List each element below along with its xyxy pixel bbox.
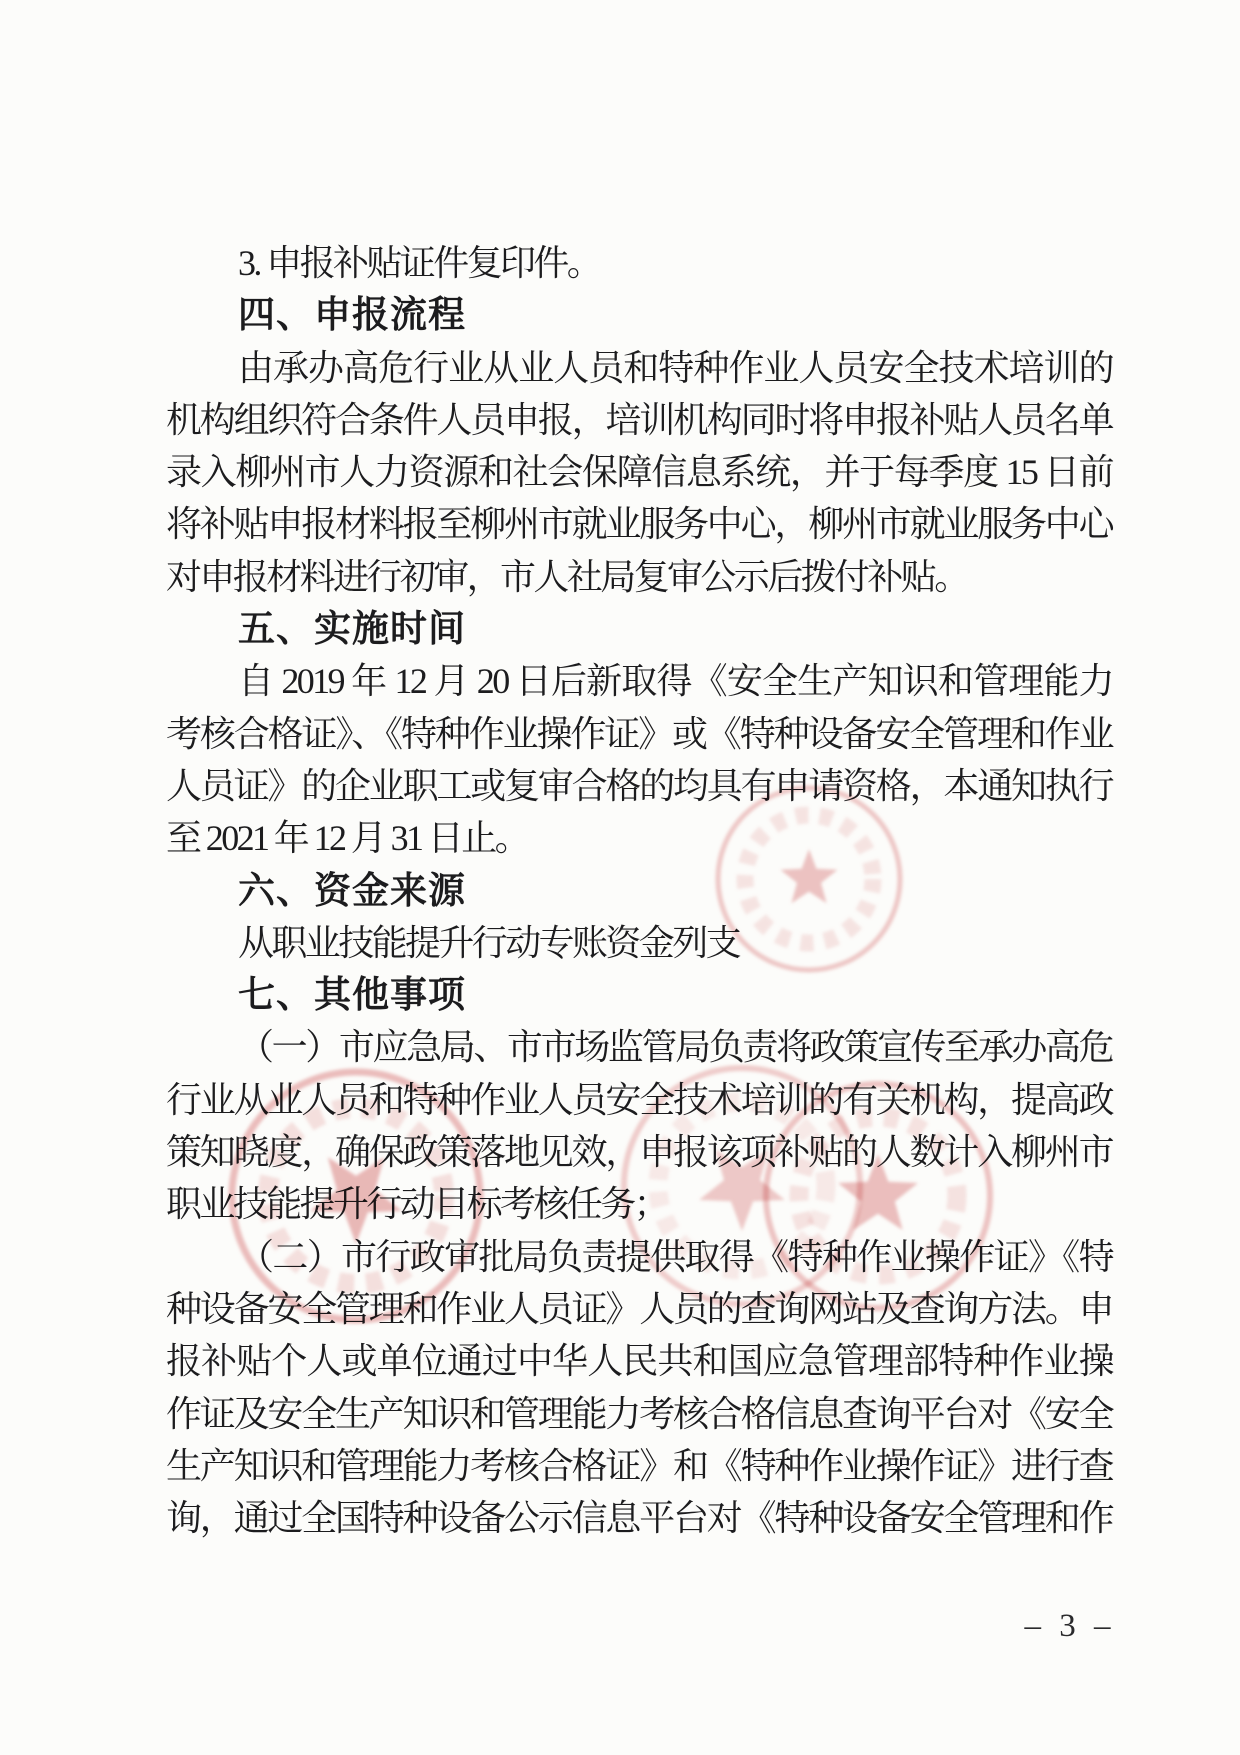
- body-line: 行业从业人员和特种作业人员安全技术培训的有关机构，提高政: [166, 1074, 1112, 1126]
- body-line: 询，通过全国特种设备公示信息平台对《特种设备安全管理和作: [166, 1492, 1112, 1544]
- section-heading-4: 四、申报流程: [166, 289, 1112, 341]
- body-line: 职业技能提升行动目标考核任务；: [166, 1178, 1112, 1230]
- page-number: – 3 –: [1000, 1608, 1140, 1645]
- body-line: 机构组织符合条件人员申报，培训机构同时将申报补贴人员名单: [166, 394, 1112, 446]
- section-heading-7: 七、其他事项: [166, 969, 1112, 1021]
- body-line: 生产知识和管理能力考核合格证》和《特种作业操作证》进行查: [166, 1440, 1112, 1492]
- body-line: 作证及安全生产知识和管理能力考核合格信息查询平台对《安全: [166, 1388, 1112, 1440]
- body-line: 种设备安全管理和作业人员证》人员的查询网站及查询方法。申: [166, 1283, 1112, 1335]
- body-line: 自 2019 年 12 月 20 日后新取得《安全生产知识和管理能力: [166, 655, 1112, 707]
- body-line: 录入柳州市人力资源和社会保障信息系统，并于每季度 15 日前: [166, 446, 1112, 498]
- body-line: 报补贴个人或单位通过中华人民共和国应急管理部特种作业操: [166, 1335, 1112, 1387]
- body-line: （一）市应急局、市市场监管局负责将政策宣传至承办高危: [166, 1021, 1112, 1073]
- body-line: 从职业技能提升行动专账资金列支: [166, 917, 1112, 969]
- body-line: 3. 申报补贴证件复印件。: [166, 237, 1112, 289]
- body-line: 至 2021 年 12 月 31 日止。: [166, 812, 1112, 864]
- body-line: （二）市行政审批局负责提供取得《特种作业操作证》《特: [166, 1231, 1112, 1283]
- section-heading-6: 六、资金来源: [166, 865, 1112, 917]
- document-page: 3. 申报补贴证件复印件。 四、申报流程 由承办高危行业从业人员和特种作业人员安…: [0, 0, 1240, 1755]
- body-line: 由承办高危行业从业人员和特种作业人员安全技术培训的: [166, 342, 1112, 394]
- section-heading-5: 五、实施时间: [166, 603, 1112, 655]
- body-line: 策知晓度，确保政策落地见效，申报该项补贴的人数计入柳州市: [166, 1126, 1112, 1178]
- body-line: 将补贴申报材料报至柳州市就业服务中心，柳州市就业服务中心: [166, 498, 1112, 550]
- body-line: 考核合格证》、《特种作业操作证》或《特种设备安全管理和作业: [166, 708, 1112, 760]
- document-body: 3. 申报补贴证件复印件。 四、申报流程 由承办高危行业从业人员和特种作业人员安…: [166, 237, 1112, 1544]
- body-line: 对申报材料进行初审，市人社局复审公示后拨付补贴。: [166, 551, 1112, 603]
- body-line: 人员证》的企业职工或复审合格的均具有申请资格，本通知执行: [166, 760, 1112, 812]
